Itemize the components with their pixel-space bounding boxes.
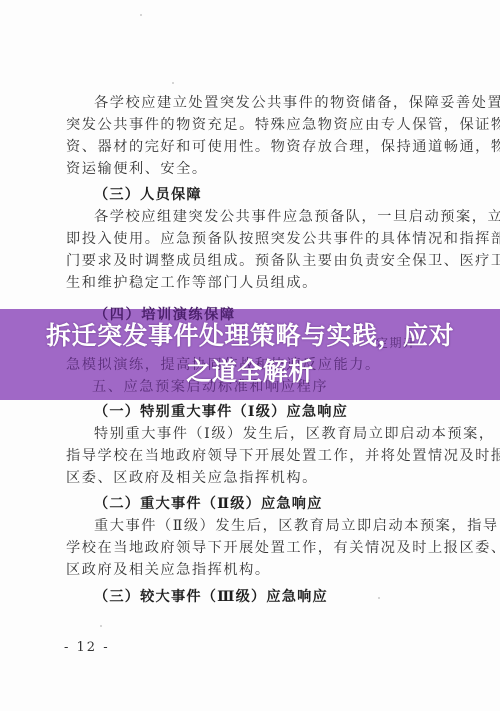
page-number: - 12 - — [64, 640, 110, 655]
section-heading: （一）特别重大事件（Ⅰ级）应急响应 — [94, 403, 476, 421]
paragraph-line: 各学校应组建突发公共事件应急预备队，一旦启动预案，立 — [94, 208, 448, 226]
paragraph-line: 资、器材的完好和可使用性。物资存放合理，保持通道畅通，物 — [66, 138, 448, 156]
scan-speck — [172, 82, 174, 84]
section-heading: （二）重大事件（Ⅱ级）应急响应 — [94, 495, 476, 513]
scan-speck — [100, 625, 102, 627]
section-heading: （三）较大事件（Ⅲ级）应急响应 — [94, 588, 476, 606]
banner-title-line-1: 拆迁突发事件处理策略与实践，应对 — [0, 318, 500, 354]
paragraph-line: 各学校应建立处置突发公共事件的物资储备，保障妥善处置 — [94, 94, 448, 112]
paragraph-line: 区委、区政府及相关应急指挥机构。 — [66, 469, 448, 487]
paragraph-line: 特别重大事件（Ⅰ级）发生后，区教育局立即启动本预案， — [94, 425, 448, 443]
paragraph-line: 学校在当地政府领导下开展处置工作，有关情况及时上报区委、 — [66, 539, 448, 557]
paragraph-line: 资运输便利、安全。 — [66, 160, 448, 178]
banner-title-line-2: 之道全解析 — [0, 354, 500, 390]
section-heading: （三）人员保障 — [94, 186, 476, 204]
paragraph-line: 区政府及相关应急指挥机构。 — [66, 561, 448, 579]
banner-title: 拆迁突发事件处理策略与实践，应对 之道全解析 — [0, 318, 500, 390]
paragraph-line: 突发公共事件的物资充足。特殊应急物资应由专人保管，保证物 — [66, 116, 448, 134]
paragraph-line: 即投入使用。应急预备队按照突发公共事件的具体情况和指挥部 — [66, 230, 448, 248]
scan-speck — [140, 14, 142, 16]
paragraph-line: 指导学校在当地政府领导下开展处置工作，并将处置情况及时报 — [66, 447, 448, 465]
paragraph-line: 重大事件（Ⅱ级）发生后，区教育局立即启动本预案，指导 — [94, 517, 448, 535]
paragraph-line: 生和维护稳定工作等部门人员组成。 — [66, 274, 448, 292]
paragraph-line: 门要求及时调整成员组成。预备队主要由负责安全保卫、医疗卫 — [66, 252, 448, 270]
